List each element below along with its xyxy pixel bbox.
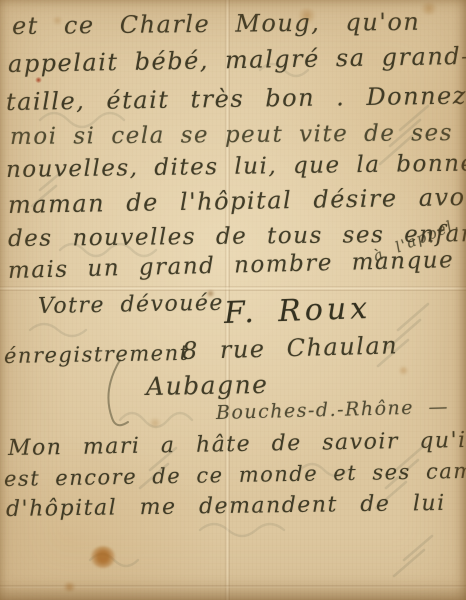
stain bbox=[90, 546, 116, 568]
letter-line-2: appelait bébé, malgré sa grand— bbox=[8, 42, 466, 78]
stain bbox=[420, 2, 438, 15]
postscript-line-1: Mon mari a hâte de savoir qu'il bbox=[8, 428, 466, 461]
stain bbox=[398, 366, 409, 375]
letter-line-5: nouvelles, dites lui, que la bonne bbox=[6, 150, 466, 183]
stain bbox=[148, 418, 162, 428]
stain bbox=[62, 582, 77, 592]
address-registration: énregistrement bbox=[4, 341, 190, 368]
postscript-line-2: est encore de ce monde et ses camarades bbox=[4, 457, 466, 491]
letter-line-6: maman de l'hôpital désire avoir bbox=[8, 183, 466, 219]
postscript-line-3: d'hôpital me demandent de lui . . bbox=[6, 490, 466, 522]
red-speck-stain bbox=[35, 77, 42, 83]
address-city: Aubagne bbox=[146, 370, 269, 401]
letter-page: et ce Charle Moug, qu'on appelait bébé, … bbox=[0, 0, 466, 600]
horizontal-fold-crease bbox=[0, 286, 466, 291]
letter-line-4: moi si cela se peut vite de ses bbox=[10, 120, 453, 150]
letter-line-3: taille, était très bon . Donnez. bbox=[6, 81, 466, 116]
address-street: 8 rue Chaulan bbox=[182, 331, 399, 365]
signature: F. Roux bbox=[223, 291, 371, 331]
letter-line-1: et ce Charle Moug, qu'on bbox=[12, 8, 421, 40]
address-department: Bouches-d.-Rhône — bbox=[216, 396, 450, 424]
letter-closing: Votre dévouée bbox=[38, 291, 224, 319]
